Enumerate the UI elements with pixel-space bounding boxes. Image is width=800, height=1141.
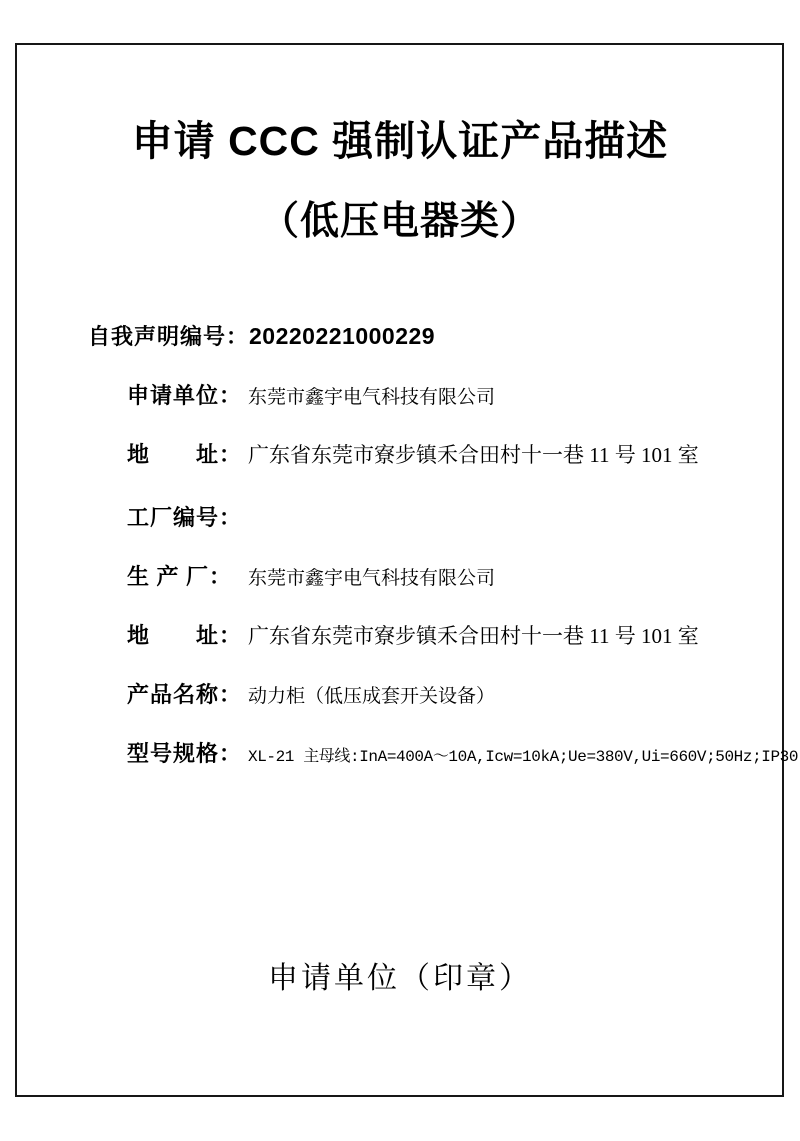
document-title: 申请 CCC 强制认证产品描述 <box>0 108 800 167</box>
manufacturer-address-label: 地 址： <box>88 619 248 650</box>
declaration-no-value: 20220221000229 <box>249 323 435 350</box>
applicant-address-label: 地 址： <box>88 438 248 469</box>
factory-no-label: 工厂编号： <box>88 501 248 532</box>
model-spec-label: 型号规格： <box>88 737 248 768</box>
fields-section: 自我声明编号： 20220221000229 申请单位： 东莞市鑫宇电气科技有限… <box>88 320 752 796</box>
model-spec-value: XL-21 主母线:InA=400A～10A,Icw=10kA;Ue=380V,… <box>248 743 798 766</box>
declaration-no-label: 自我声明编号： <box>88 320 249 351</box>
field-row-product-name: 产品名称： 动力柜（低压成套开关设备） <box>88 678 752 737</box>
seal-line: 申请单位（印章） <box>0 953 800 997</box>
manufacturer-address-value: 广东省东莞市寮步镇禾合田村十一巷 11 号 101 室 <box>248 620 699 650</box>
field-row-model-spec: 型号规格： XL-21 主母线:InA=400A～10A,Icw=10kA;Ue… <box>88 737 752 796</box>
field-row-applicant-address: 地 址： 广东省东莞市寮步镇禾合田村十一巷 11 号 101 室 <box>88 438 752 497</box>
field-row-manufacturer-address: 地 址： 广东省东莞市寮步镇禾合田村十一巷 11 号 101 室 <box>88 619 752 678</box>
applicant-label: 申请单位： <box>88 379 248 410</box>
field-row-factory-no: 工厂编号： <box>88 501 752 560</box>
applicant-address-value: 广东省东莞市寮步镇禾合田村十一巷 11 号 101 室 <box>248 439 699 469</box>
field-row-declaration-no: 自我声明编号： 20220221000229 <box>88 320 752 379</box>
product-name-label: 产品名称： <box>88 678 248 709</box>
document-subtitle: （低压电器类） <box>0 190 800 246</box>
applicant-value: 东莞市鑫宇电气科技有限公司 <box>248 382 495 409</box>
field-row-manufacturer: 生 产 厂： 东莞市鑫宇电气科技有限公司 <box>88 560 752 619</box>
document-page: 申请 CCC 强制认证产品描述 （低压电器类） 自我声明编号： 20220221… <box>0 0 800 1141</box>
manufacturer-label: 生 产 厂： <box>88 560 248 591</box>
manufacturer-value: 东莞市鑫宇电气科技有限公司 <box>248 563 495 590</box>
field-row-applicant: 申请单位： 东莞市鑫宇电气科技有限公司 <box>88 379 752 438</box>
product-name-value: 动力柜（低压成套开关设备） <box>248 681 495 708</box>
